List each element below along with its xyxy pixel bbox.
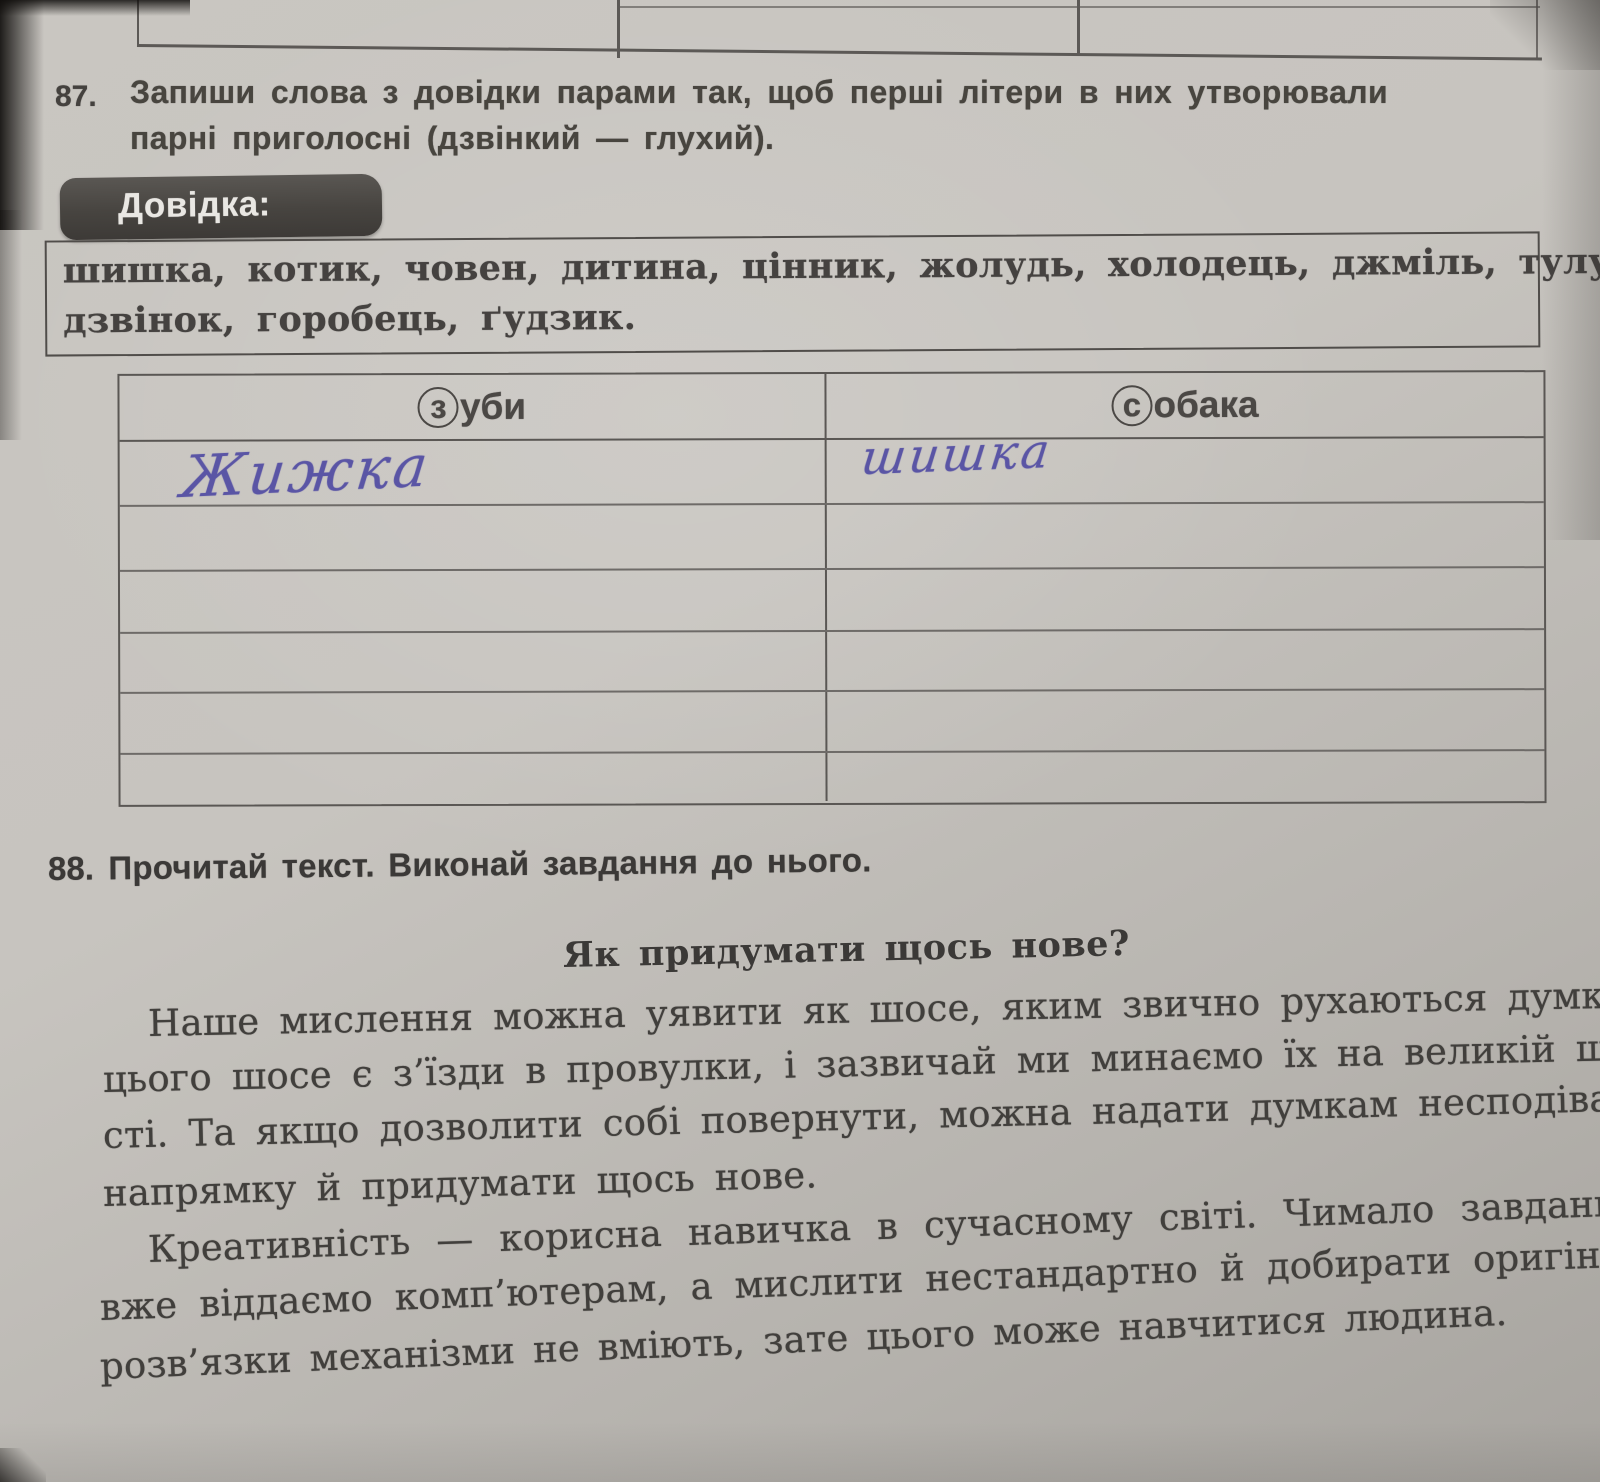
table-cell: [827, 503, 1544, 568]
photo-edge-shadow: [1542, 0, 1600, 540]
table-row: [120, 751, 1544, 803]
photo-edge-shadow: [0, 210, 22, 440]
photo-edge-shadow: [0, 0, 44, 230]
exercise-87-number: 87.: [55, 80, 97, 114]
table-cell: [120, 570, 827, 632]
answer-table-header-row: з уби с обака: [119, 372, 1543, 442]
table-cell: [120, 505, 827, 570]
table-row: [120, 568, 1544, 634]
table-cell: [827, 690, 1544, 751]
header-left-text: уби: [460, 386, 526, 428]
reading-text-title: Як придумати щось нове?: [563, 923, 1131, 976]
handwritten-answer-left: Жижка: [178, 433, 434, 511]
header-right-text: обака: [1153, 384, 1258, 426]
hint-word-bank: шишка, котик, човен, дитина, цінник, жол…: [45, 231, 1541, 356]
exercise-88-number: 88.: [48, 850, 94, 887]
table-row: [120, 630, 1544, 694]
photo-edge-shadow: [0, 1422, 1600, 1482]
paragraph-line: напрямку й придумати щось нове.: [102, 1153, 817, 1215]
handwritten-answer-right: шишка: [858, 424, 1055, 486]
table-cell: [827, 630, 1544, 690]
hint-words-line-2: дзвінок, горобець, ґудзик.: [63, 297, 636, 341]
exercise-88-heading: 88. Прочитай текст. Виконай завдання до …: [48, 841, 872, 888]
answer-table: з уби с обака: [117, 370, 1546, 807]
circled-letter-s: с: [1111, 385, 1152, 426]
table-row: [120, 690, 1544, 755]
table-cell: [827, 751, 1544, 801]
table-row: [120, 503, 1544, 572]
photo-edge-shadow: [0, 0, 190, 16]
hint-tab-label: Довідка:: [118, 184, 271, 226]
table-cell: [120, 753, 827, 803]
table-cell: [120, 632, 827, 692]
table-line: [137, 44, 1542, 60]
exercise-88-instruction: Прочитай текст. Виконай завдання до ньог…: [108, 841, 872, 886]
workbook-page-photo: 87. Запиши слова з довідки парами так, щ…: [0, 0, 1600, 1482]
exercise-87-instruction-line-1: Запиши слова з довідки парами так, щоб п…: [130, 74, 1388, 111]
hint-words-line-1: шишка, котик, човен, дитина, цінник, жол…: [63, 241, 1600, 292]
hint-tab: Довідка:: [60, 174, 383, 240]
table-line: [620, 6, 1540, 8]
circled-letter-z: з: [418, 386, 459, 427]
answer-table-header-left: з уби: [119, 374, 826, 440]
table-cell: [827, 568, 1544, 630]
exercise-87-instruction-line-2: парні приголосні (дзвінкий — глухий).: [130, 120, 774, 157]
table-cell: [120, 692, 827, 753]
table-line: [1077, 0, 1080, 54]
